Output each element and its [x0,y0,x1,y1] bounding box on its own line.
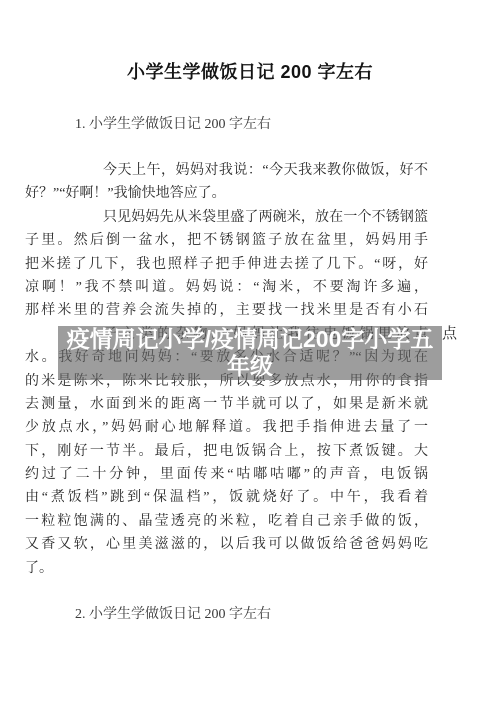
page-title: 小学生学做饭日记 200 字左右 [0,61,500,83]
body-line: 去测量，水面到米的距离一节半就可以了，如果是新米就 [25,393,428,416]
body-line: 只见妈妈先从米袋里盛了两碗米，放在一个不锈钢篮 [25,206,428,229]
body-line: 了。 [25,557,428,580]
section-heading-1: 1. 小学生学做饭日记 200 字左右 [75,116,271,134]
body-overflow-char: 点 [442,323,457,346]
body-line: 少放点水，”妈妈耐心地解释道。我把手指伸进去量了一 [25,416,428,439]
body-line: 一粒粒饱满的、晶莹透亮的米粒，吃着自己亲手做的饭， [25,510,428,533]
body-line: 那样米里的营养会流失掉的，主要找一找米里是否有小石 [25,299,428,322]
body-line: 下，刚好一节半。最后，把电饭锅合上，按下煮饭键。大 [25,440,428,463]
body-line: 子里。然后倒一盆水，把不锈钢篮子放在盆里，妈妈用手 [25,229,428,252]
body-line: 又香又软，心里美滋滋的，以后我可以做饭给爸爸妈妈吃 [25,533,428,556]
section-heading-2: 2. 小学生学做饭日记 200 字左右 [75,606,271,624]
body-line: 凉啊！”我不禁叫道。妈妈说：“淘米，不要淘许多遍， [25,276,428,299]
body-line: 由“煮饭档”跳到“保温档”，饭就烧好了。中午，我看着 [25,486,428,509]
body-line: 今天上午，妈妈对我说：“今天我来教你做饭，好不 [25,159,428,182]
body-line: 把米搓了几下，我也照样子把手伸进去搓了几下。“呀，好 [25,253,428,276]
body-line: 好？”“好啊！”我愉快地答应了。 [25,182,428,205]
watermark-text-line2: 年级 [227,353,273,380]
body-line: 约过了二十分钟，里面传来“咕嘟咕嘟”的声音，电饭锅 [25,463,428,486]
watermark-overlay: 疫情周记小学/疫情周记200字小学五 年级 [58,326,442,380]
document-page: 小学生学做饭日记 200 字左右 1. 小学生学做饭日记 200 字左右 今天上… [0,0,500,706]
watermark-text-line1: 疫情周记小学/疫情周记200字小学五 [67,326,434,353]
